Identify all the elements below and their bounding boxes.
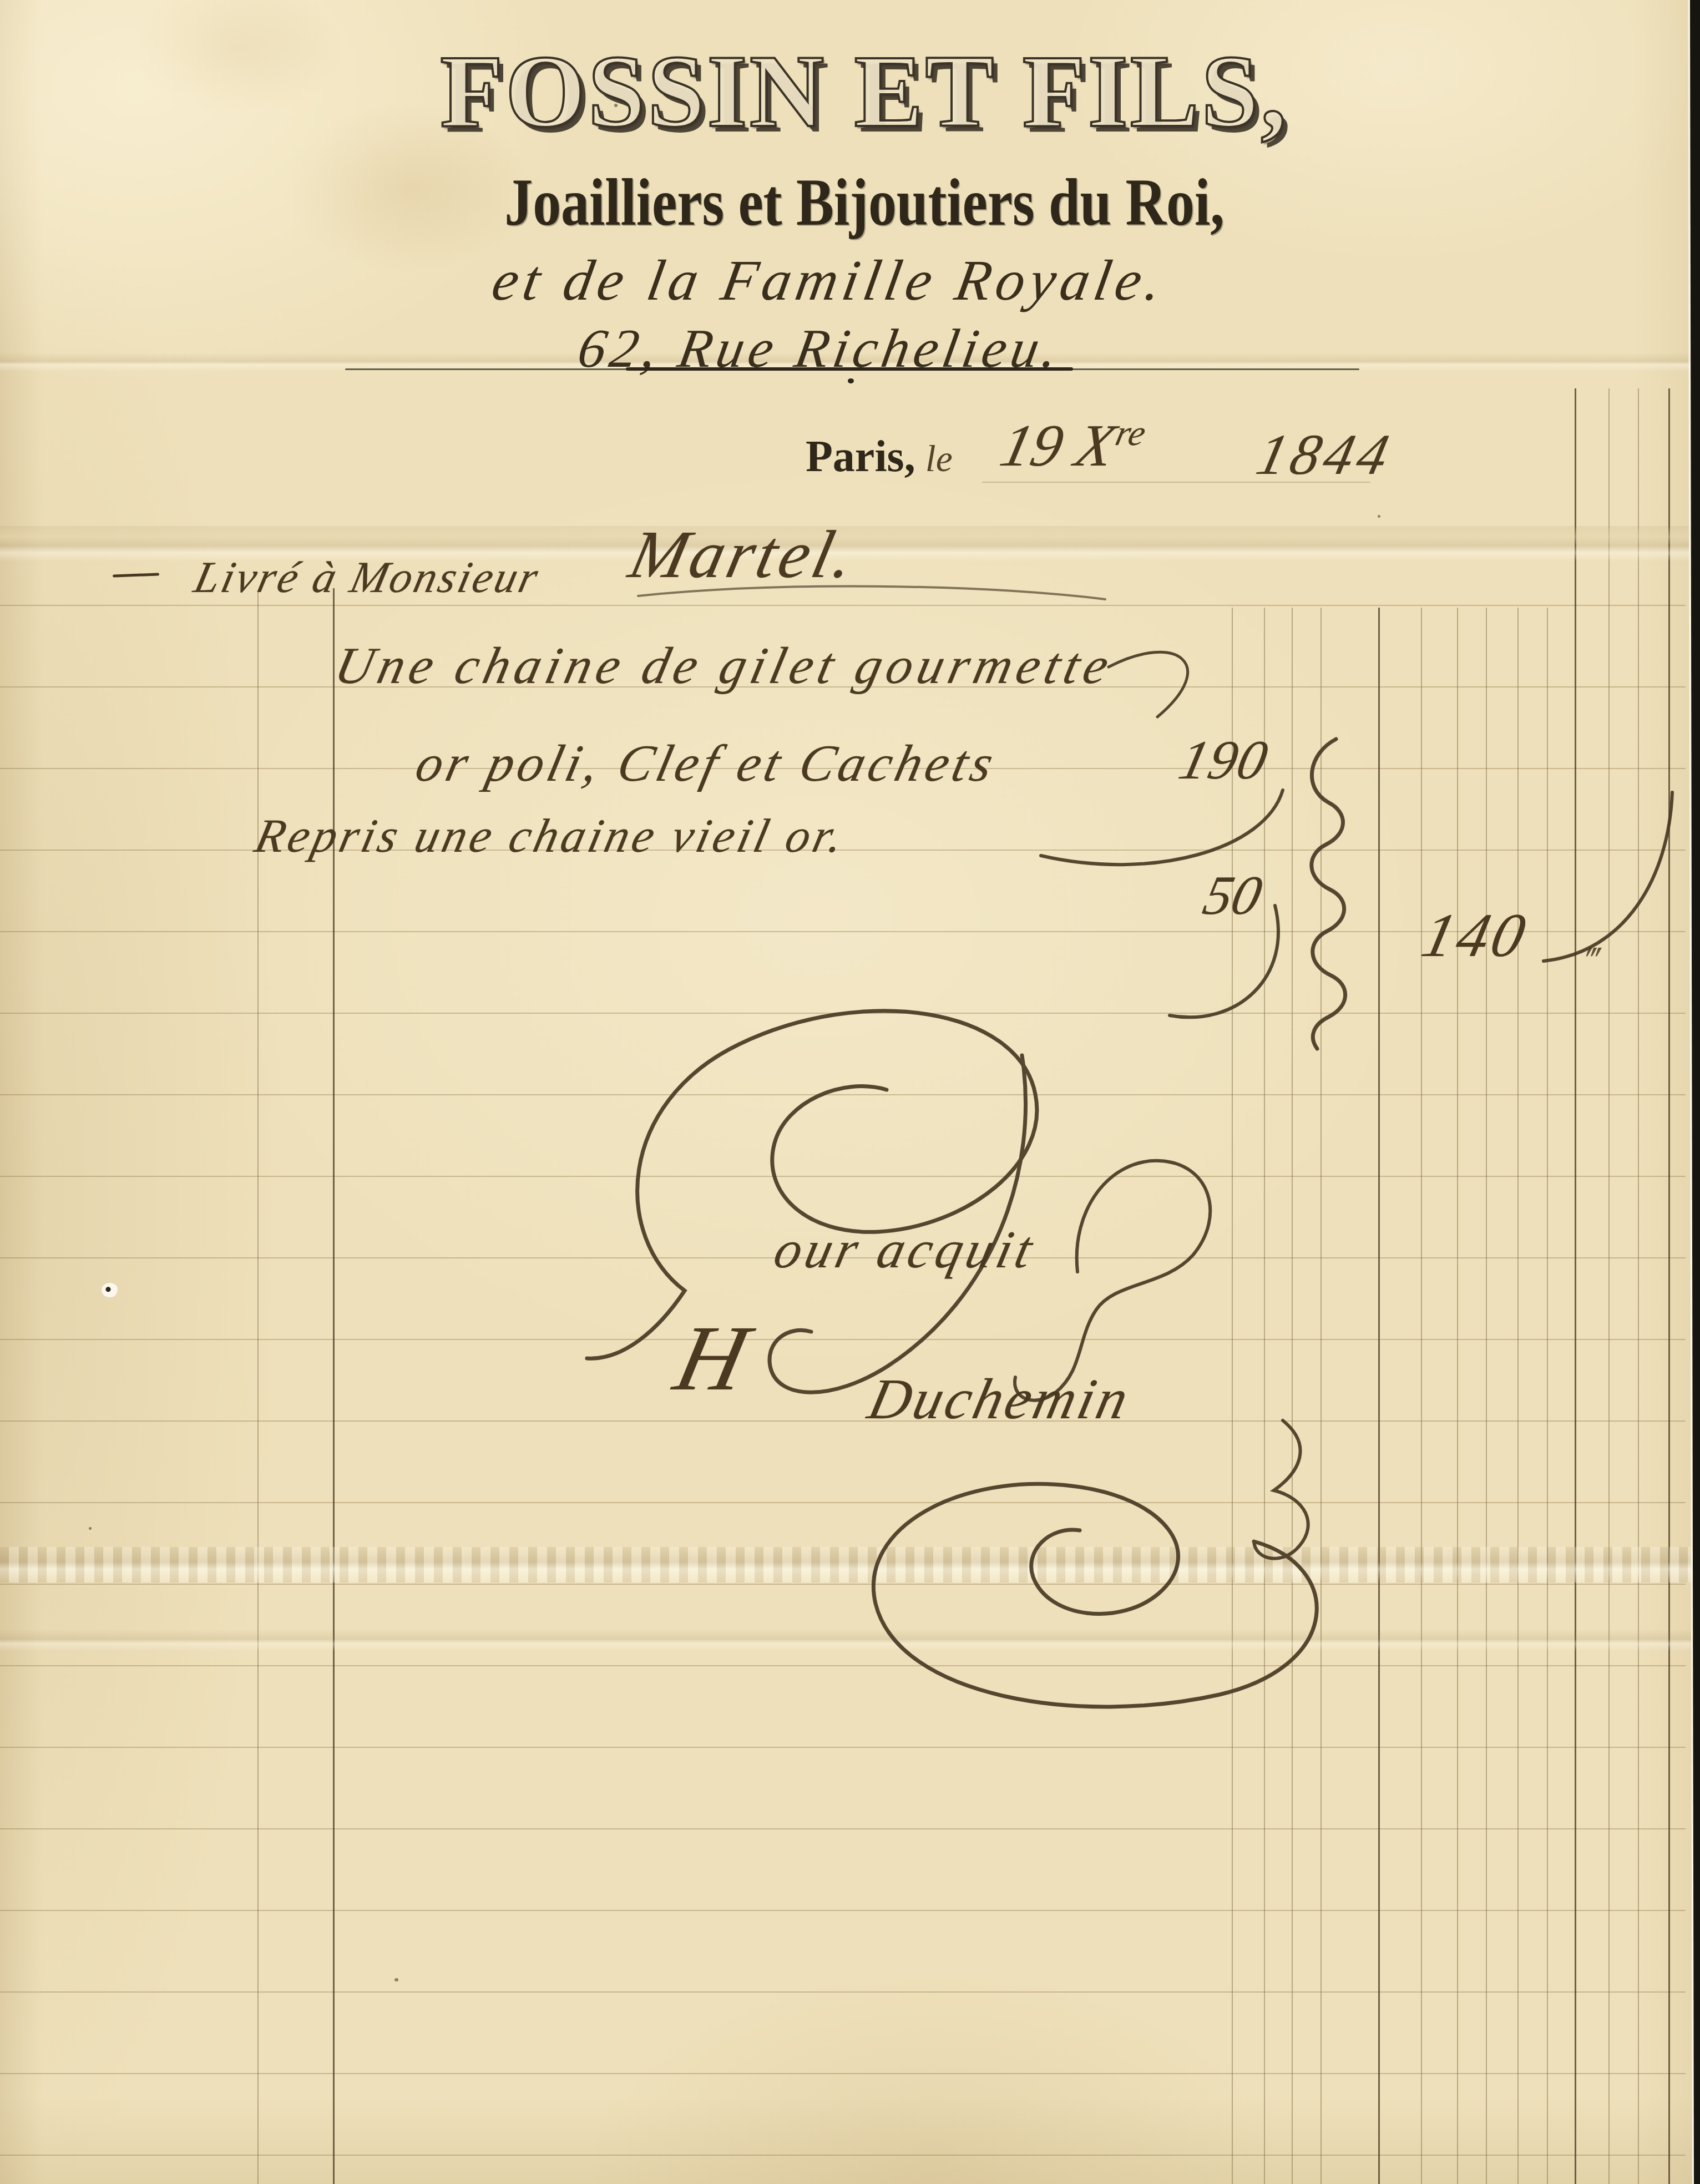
entry-2-description: Repris une chaine vieil or. — [256, 808, 846, 863]
ruled-line — [0, 1828, 1686, 1829]
total-centimes-marks: ‴ — [1582, 939, 1597, 980]
delivery-label: Livré à Monsieur — [195, 553, 539, 603]
ruled-line — [1517, 608, 1519, 2184]
ruled-line — [0, 1747, 1686, 1748]
acquit-phrase: our acquit — [776, 1219, 1035, 1280]
total-amount: 140 — [1424, 900, 1527, 972]
ruled-line — [0, 1665, 1686, 1666]
ruled-line — [1232, 608, 1233, 2184]
ruled-line — [1264, 608, 1265, 2184]
dateline-rule — [982, 482, 1370, 483]
ruled-line — [1608, 388, 1610, 2184]
paper-speck — [1378, 515, 1380, 518]
pinhole-flaw — [102, 1283, 118, 1297]
handwritten-year: 1844 — [1258, 422, 1392, 488]
entry-1-amount: 190 — [1181, 728, 1267, 792]
ruled-line — [0, 1584, 1686, 1585]
scanned-invoice-page: FOSSIN ET FILS, Joailliers et Bijoutiers… — [0, 0, 1700, 2184]
dateline-place: Paris, — [806, 432, 915, 481]
company-name: FOSSIN ET FILS, — [440, 32, 1289, 151]
dateline-le: le — [925, 437, 953, 479]
ruled-line — [1292, 608, 1293, 2184]
ruled-line — [0, 1013, 1686, 1014]
ruled-line — [0, 1420, 1686, 1422]
ruled-line — [0, 1094, 1686, 1095]
entry-1-description-line-1: Une chaine de gilet gourmette — [336, 636, 1112, 696]
paper-speck — [394, 1978, 398, 1981]
ruled-line — [1575, 388, 1576, 2184]
entry-1-description-line-2: or poli, Clef et Cachets — [417, 734, 996, 793]
handwritten-date: 19 Xre — [1002, 412, 1142, 481]
ruled-line — [1668, 388, 1670, 2184]
trade-line: Joailliers et Bijoutiers du Roi, — [504, 164, 1224, 241]
ruled-line — [0, 1502, 1686, 1503]
ruled-line — [0, 1176, 1686, 1177]
ruled-line — [1421, 608, 1422, 2184]
client-name: Martel. — [631, 516, 856, 594]
ruled-line — [1486, 608, 1487, 2184]
signature-initial: H — [678, 1305, 745, 1412]
ruled-line — [1320, 608, 1322, 2184]
header-rule-center — [626, 367, 1073, 371]
trade-line-2: et de la Famille Royale. — [487, 247, 1171, 314]
header-rule-ornament — [848, 378, 854, 383]
ruled-line — [0, 1910, 1686, 1911]
signature-name: Duchemin — [870, 1366, 1129, 1432]
ruled-line — [1638, 388, 1639, 2184]
ruled-line — [0, 605, 1686, 606]
ruled-line — [1457, 608, 1458, 2184]
ruled-line — [1547, 608, 1548, 2184]
ruled-line — [0, 1339, 1686, 1340]
ruled-line — [0, 2073, 1686, 2074]
ruled-line — [1378, 608, 1380, 2184]
paper-speck — [89, 1527, 92, 1530]
entry-2-amount: 50 — [1205, 863, 1261, 927]
ruled-line — [0, 2155, 1686, 2156]
ruled-line — [0, 1991, 1686, 1993]
address-line: 62, Rue Richelieu. — [573, 317, 1067, 380]
dateline-printed: Paris,le — [806, 432, 953, 482]
